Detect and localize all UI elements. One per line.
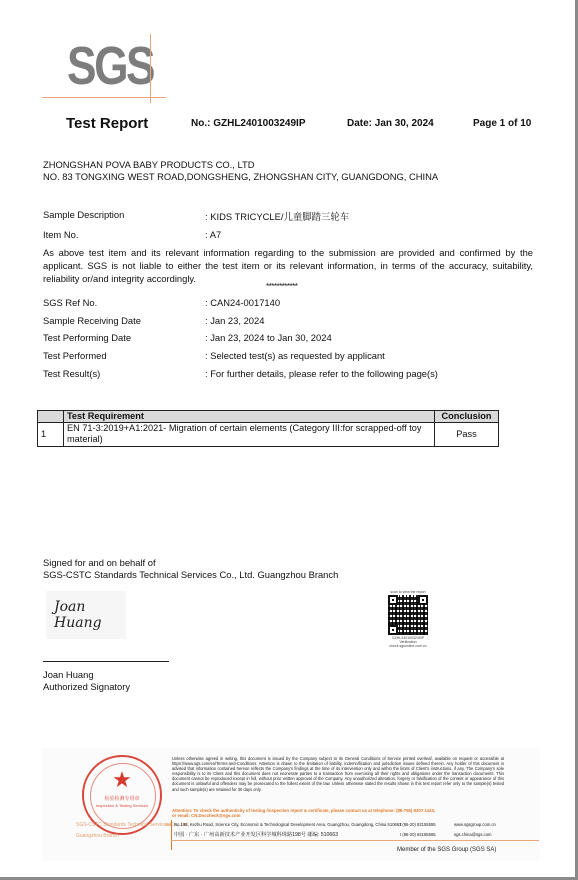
- table-row: 1 EN 71-3:2019+A1:2021- Migration of cer…: [38, 423, 499, 447]
- footer-attention: Attention: To check the authenticity of …: [172, 808, 512, 818]
- verification-qr[interactable]: scan to view the report GZHL2401003249IP…: [385, 590, 431, 650]
- applicant-name: ZHONGSHAN POVA BABY PRODUCTS CO., LTD: [43, 159, 438, 171]
- signer-block: Joan Huang Authorized Signatory: [43, 669, 130, 693]
- logo-horizontal-rule: [42, 97, 166, 98]
- signed-on-behalf: Signed for and on behalf of SGS-CSTC Sta…: [43, 557, 338, 581]
- row-requirement: EN 71-3:2019+A1:2021- Migration of certa…: [64, 423, 435, 447]
- phone-1: t (86-20) 82155555: [400, 822, 436, 827]
- footer-lab-tag: 198: [165, 823, 171, 827]
- table-header-row: Test Requirement Conclusion: [38, 411, 499, 423]
- applicant-block: ZHONGSHAN POVA BABY PRODUCTS CO., LTD NO…: [43, 159, 438, 183]
- qr-caption-url: check.sgsonline.com.cn: [385, 644, 431, 648]
- phone-2: t (86-20) 82155555: [400, 832, 436, 837]
- field-value-test-performed: : Selected test(s) as requested by appli…: [205, 350, 385, 361]
- signed-line-1: Signed for and on behalf of: [43, 557, 338, 569]
- page-indicator: Page 1 of 10: [473, 118, 531, 129]
- field-label-item-no: Item No.: [43, 229, 78, 240]
- qr-finder-icon: [388, 595, 398, 605]
- signer-name: Joan Huang: [43, 669, 130, 681]
- header-test-requirement: Test Requirement: [64, 411, 435, 423]
- sgs-logo-text: SGS: [67, 38, 153, 94]
- star-icon: ★: [84, 769, 160, 791]
- address-en: No.198, Kezhu Road, Science City, Econom…: [174, 822, 402, 827]
- field-value-sgs-ref: : CAN24-0017140: [205, 297, 280, 308]
- test-results-table: Test Requirement Conclusion 1 EN 71-3:20…: [37, 410, 499, 447]
- field-label-sgs-ref: SGS Ref No.: [43, 297, 97, 308]
- qr-caption-top: scan to view the report: [385, 590, 431, 594]
- footer-vertical-rule: [171, 820, 172, 850]
- signature-script: Joan Huang: [54, 599, 126, 631]
- applicant-address: NO. 83 TONGXING WEST ROAD,DONGSHENG, ZHO…: [43, 171, 438, 183]
- field-label-receiving-date: Sample Receiving Date: [43, 315, 141, 326]
- signed-line-2: SGS-CSTC Standards Technical Services Co…: [43, 569, 338, 581]
- field-label-test-performed: Test Performed: [43, 350, 107, 361]
- field-label-performing-date: Test Performing Date: [43, 332, 131, 343]
- stamp-english-text: Inspection & Testing Services: [84, 803, 160, 808]
- field-value-sample-description: : KIDS TRICYCLE/儿童脚踏三轮车: [205, 209, 349, 223]
- report-number: No.: GZHL2401003249IP: [191, 118, 306, 129]
- stamp-chinese-text: 检验检测专用章: [84, 795, 160, 802]
- field-label-test-results: Test Result(s): [43, 368, 100, 379]
- signature-line: [43, 661, 169, 662]
- field-value-receiving-date: : Jan 23, 2024: [205, 315, 264, 326]
- stamp-branch-line-1: SGS-CSTC Standards Technical Services Co…: [76, 820, 189, 831]
- row-num: 1: [38, 423, 64, 447]
- footer-horizontal-rule: [171, 840, 539, 841]
- disclaimer-paragraph: As above test item and its relevant info…: [43, 246, 533, 285]
- header-num: [38, 411, 64, 423]
- report-date: Date: Jan 30, 2024: [347, 118, 434, 129]
- attention-email[interactable]: or email: CN.Doccheck@sgs.com: [172, 813, 512, 818]
- qr-code-icon[interactable]: [388, 595, 428, 635]
- sgs-group-member: Member of the SGS Group (SGS SA): [397, 847, 496, 853]
- report-title: Test Report: [66, 115, 148, 132]
- address-cn: 中国 · 广东 · 广州高新技术产业开发区科学城科珠路198号 邮编: 5106…: [174, 831, 338, 838]
- logo-vertical-rule: [150, 34, 151, 103]
- field-value-performing-date: : Jan 23, 2024 to Jan 30, 2024: [205, 332, 332, 343]
- handwritten-signature: Joan Huang: [46, 591, 126, 639]
- signer-role: Authorized Signatory: [43, 681, 130, 693]
- qr-finder-icon: [388, 625, 398, 635]
- row-conclusion: Pass: [435, 423, 499, 447]
- sgs-logo: SGS: [40, 38, 170, 103]
- field-label-sample-description: Sample Description: [43, 209, 124, 220]
- field-value-test-results: : For further details, please refer to t…: [205, 368, 438, 379]
- web-link[interactable]: www.sgsgroup.com.cn: [454, 822, 496, 827]
- footer-disclaimer: Unless otherwise agreed in writing, this…: [172, 756, 504, 792]
- header-conclusion: Conclusion: [435, 411, 499, 423]
- separator-stars: ************: [266, 282, 297, 291]
- email-link[interactable]: sgs.china@sgs.com: [454, 832, 492, 837]
- field-value-item-no: : A7: [205, 229, 221, 240]
- stamp-branch-text: SGS-CSTC Standards Technical Services Co…: [76, 820, 189, 842]
- qr-finder-icon: [418, 595, 428, 605]
